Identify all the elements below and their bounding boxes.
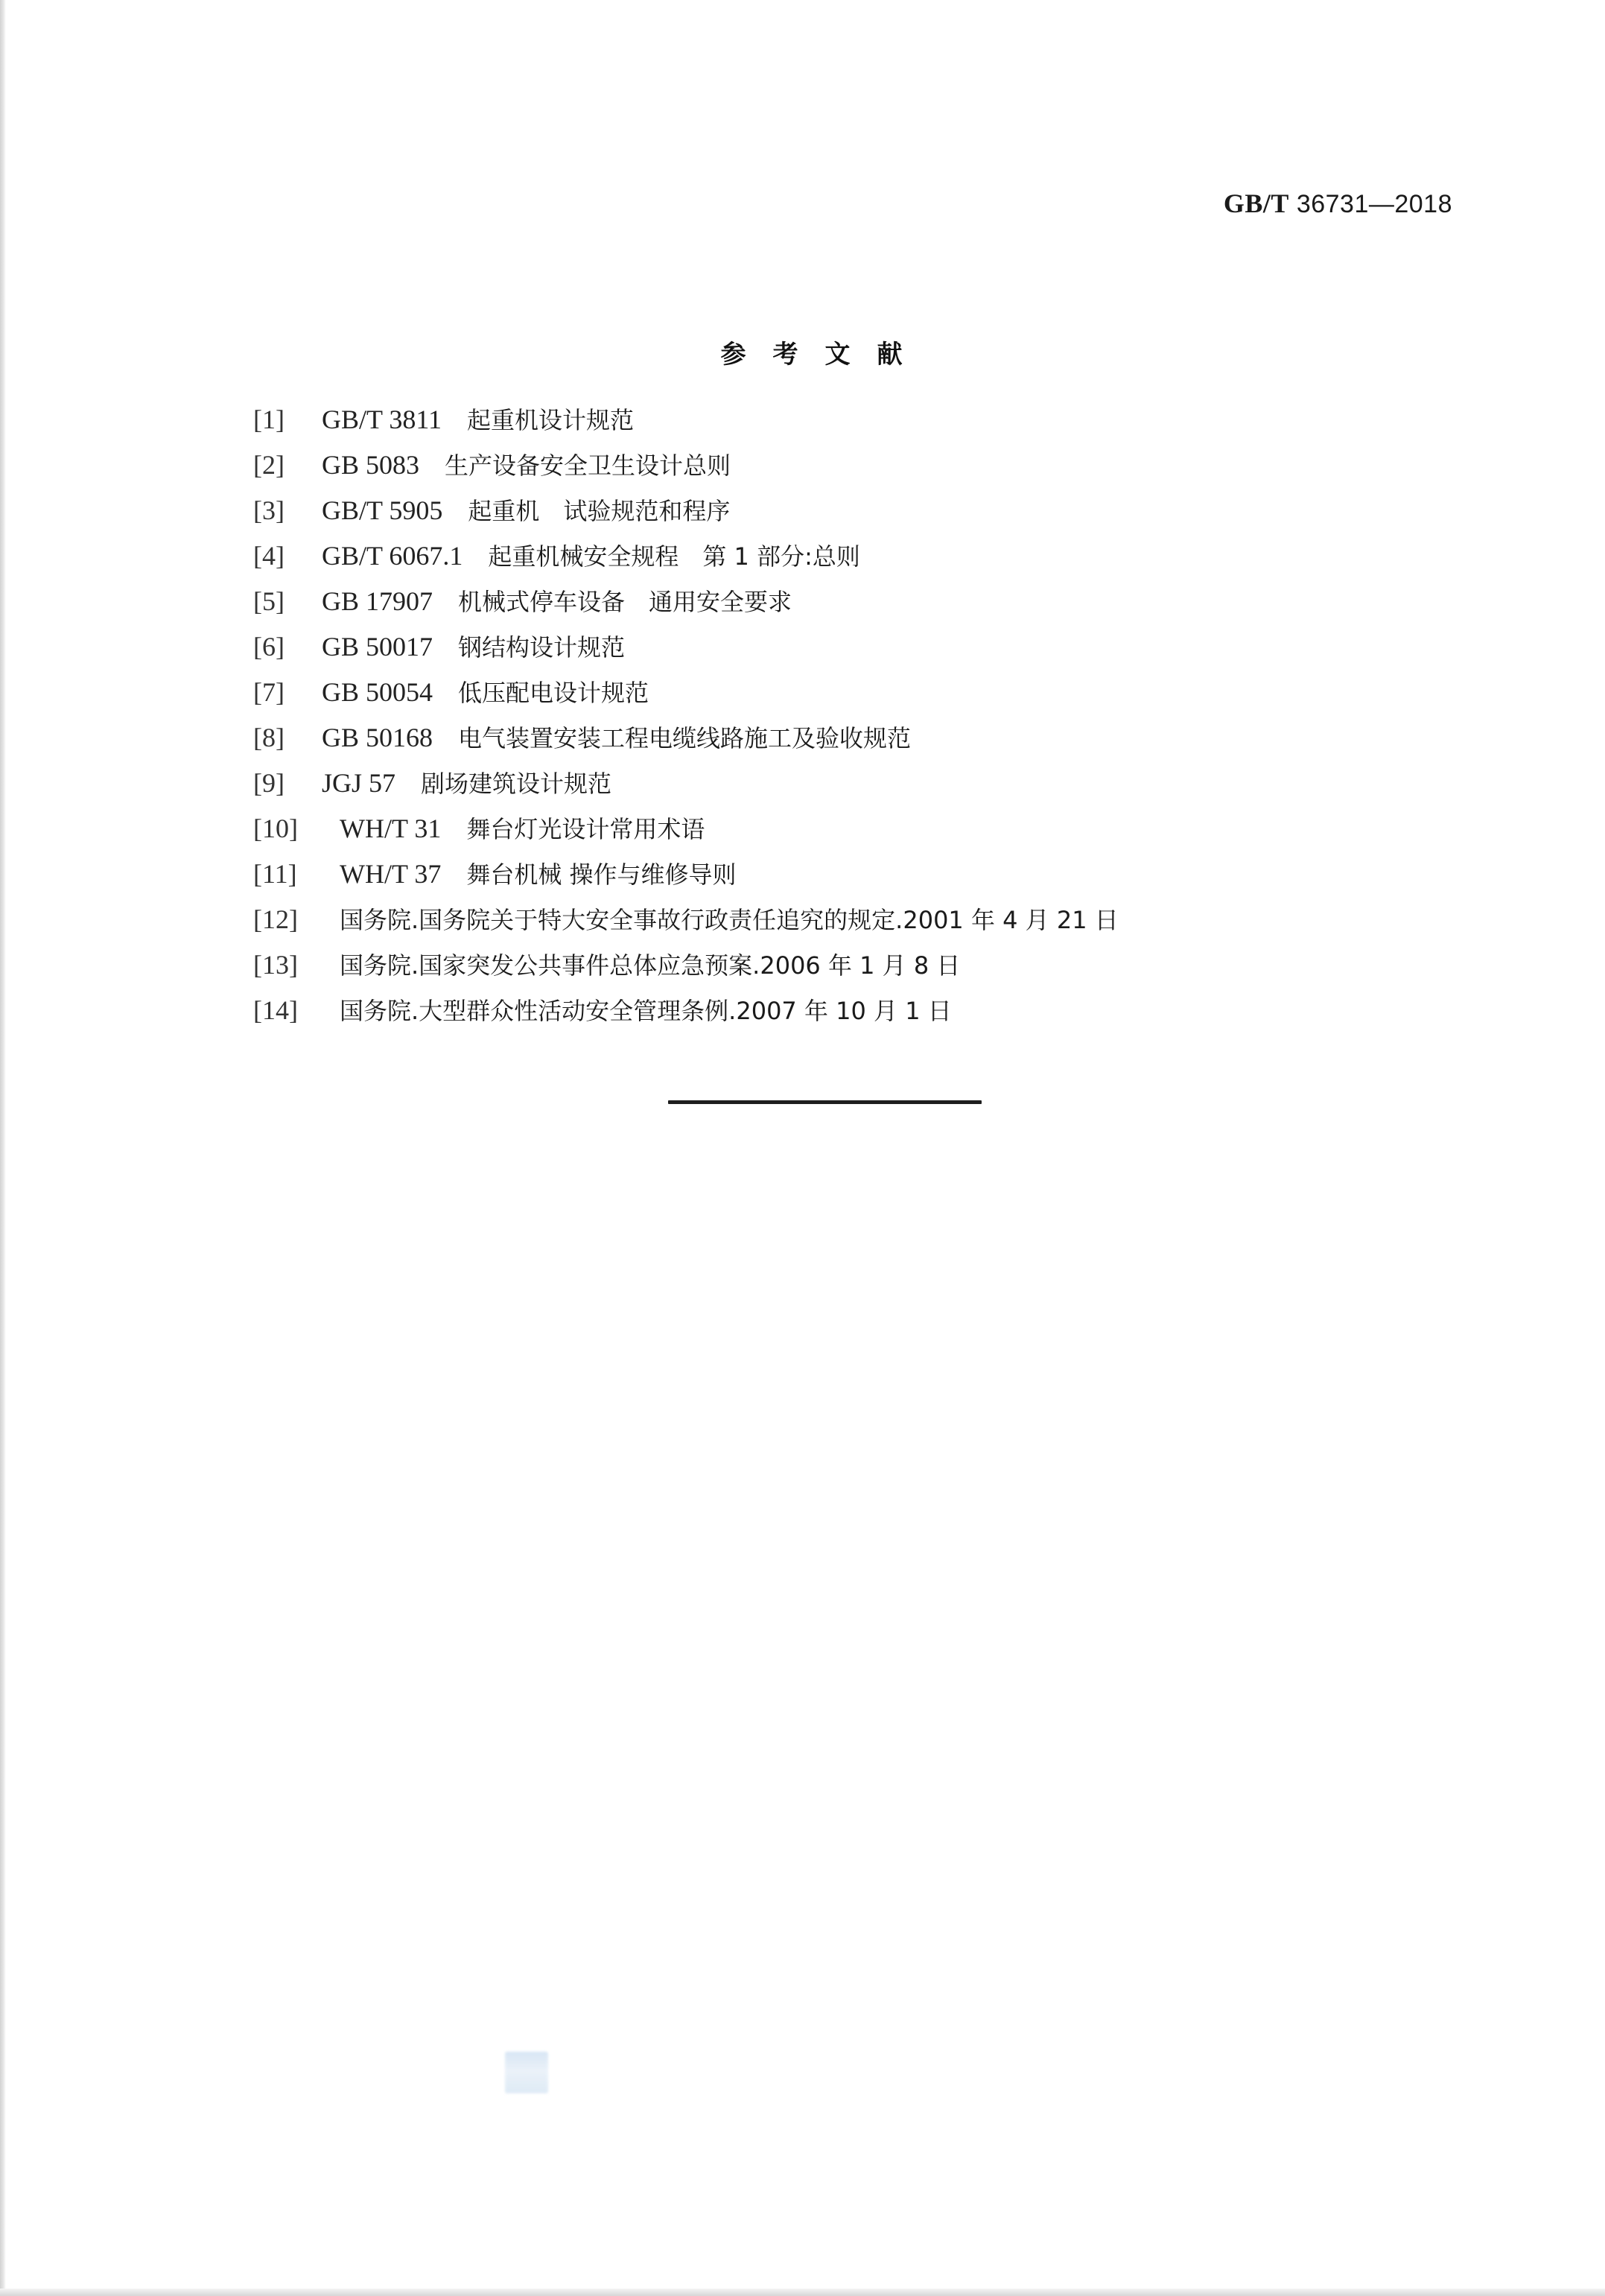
reference-item: [5] GB 17907 机械式停车设备 通用安全要求 bbox=[253, 583, 1119, 628]
page-bottom-edge bbox=[0, 2289, 1605, 2296]
reference-title: 电气装置安装工程电缆线路施工及验收规范 bbox=[458, 720, 911, 757]
reference-number: [11] bbox=[253, 855, 340, 892]
reference-number: [7] bbox=[253, 673, 322, 711]
reference-title: 机械式停车设备 通用安全要求 bbox=[458, 583, 792, 621]
reference-item: [7] GB 50054 低压配电设计规范 bbox=[253, 673, 1119, 719]
reference-number: [4] bbox=[253, 537, 322, 574]
reference-title: 起重机械安全规程 第 1 部分:总则 bbox=[488, 538, 860, 575]
scan-artifact bbox=[505, 2052, 548, 2093]
reference-item: [10] WH/T 31 舞台灯光设计常用术语 bbox=[253, 810, 1119, 855]
reference-title: 舞台机械 操作与维修导则 bbox=[466, 856, 736, 893]
reference-code: GB 50054 bbox=[322, 673, 433, 711]
reference-code: GB 17907 bbox=[322, 583, 433, 620]
standard-number: 36731—2018 bbox=[1297, 190, 1452, 218]
standard-prefix: GB/T bbox=[1224, 188, 1289, 218]
reference-title: 剧场建筑设计规范 bbox=[421, 765, 611, 802]
reference-item: [6] GB 50017 钢结构设计规范 bbox=[253, 628, 1119, 673]
reference-title: 起重机设计规范 bbox=[467, 402, 634, 439]
reference-code: GB/T 6067.1 bbox=[322, 537, 463, 574]
reference-number: [14] bbox=[253, 992, 340, 1029]
reference-code: WH/T 31 bbox=[340, 810, 441, 847]
reference-title: 舞台灯光设计常用术语 bbox=[466, 811, 705, 848]
reference-number: [8] bbox=[253, 719, 322, 756]
reference-number: [12] bbox=[253, 901, 340, 938]
reference-number: [13] bbox=[253, 946, 340, 983]
reference-title: 低压配电设计规范 bbox=[458, 674, 649, 711]
reference-number: [6] bbox=[253, 628, 322, 665]
reference-item: [1] GB/T 3811 起重机设计规范 bbox=[253, 401, 1119, 446]
reference-number: [10] bbox=[253, 810, 340, 847]
reference-number: [5] bbox=[253, 583, 322, 620]
reference-number: [1] bbox=[253, 401, 322, 438]
section-title-references: 参考文献 bbox=[0, 334, 1605, 370]
reference-item: [13] 国务院.国家突发公共事件总体应急预案.2006 年 1 月 8 日 bbox=[253, 946, 1119, 992]
reference-number: [9] bbox=[253, 764, 322, 802]
reference-item: [11] WH/T 37 舞台机械 操作与维修导则 bbox=[253, 855, 1119, 901]
reference-code: GB 5083 bbox=[322, 446, 419, 483]
standard-code-header: GB/T 36731—2018 bbox=[1224, 188, 1452, 219]
reference-code: WH/T 37 bbox=[340, 855, 441, 892]
reference-code: GB 50017 bbox=[322, 628, 433, 665]
reference-title: 钢结构设计规范 bbox=[458, 629, 625, 666]
reference-title: 国务院.国家突发公共事件总体应急预案.2006 年 1 月 8 日 bbox=[340, 947, 960, 984]
reference-item: [8] GB 50168 电气装置安装工程电缆线路施工及验收规范 bbox=[253, 719, 1119, 764]
reference-title: 国务院.大型群众性活动安全管理条例.2007 年 10 月 1 日 bbox=[340, 992, 952, 1030]
reference-item: [12] 国务院.国务院关于特大安全事故行政责任追究的规定.2001 年 4 月… bbox=[253, 901, 1119, 946]
reference-title: 起重机 试验规范和程序 bbox=[468, 492, 730, 530]
reference-item: [14] 国务院.大型群众性活动安全管理条例.2007 年 10 月 1 日 bbox=[253, 992, 1119, 1037]
reference-number: [3] bbox=[253, 492, 322, 529]
reference-list: [1] GB/T 3811 起重机设计规范 [2] GB 5083 生产设备安全… bbox=[253, 401, 1119, 1037]
reference-item: [3] GB/T 5905 起重机 试验规范和程序 bbox=[253, 492, 1119, 537]
reference-code: JGJ 57 bbox=[322, 764, 395, 802]
reference-code: GB/T 3811 bbox=[322, 401, 442, 438]
reference-title: 生产设备安全卫生设计总则 bbox=[445, 447, 731, 484]
reference-item: [4] GB/T 6067.1 起重机械安全规程 第 1 部分:总则 bbox=[253, 537, 1119, 583]
end-of-document-rule bbox=[668, 1100, 982, 1104]
reference-title: 国务院.国务院关于特大安全事故行政责任追究的规定.2001 年 4 月 21 日 bbox=[340, 901, 1119, 939]
reference-code: GB 50168 bbox=[322, 719, 433, 756]
reference-code: GB/T 5905 bbox=[322, 492, 442, 529]
reference-number: [2] bbox=[253, 446, 322, 483]
reference-item: [2] GB 5083 生产设备安全卫生设计总则 bbox=[253, 446, 1119, 492]
reference-item: [9] JGJ 57 剧场建筑设计规范 bbox=[253, 764, 1119, 810]
